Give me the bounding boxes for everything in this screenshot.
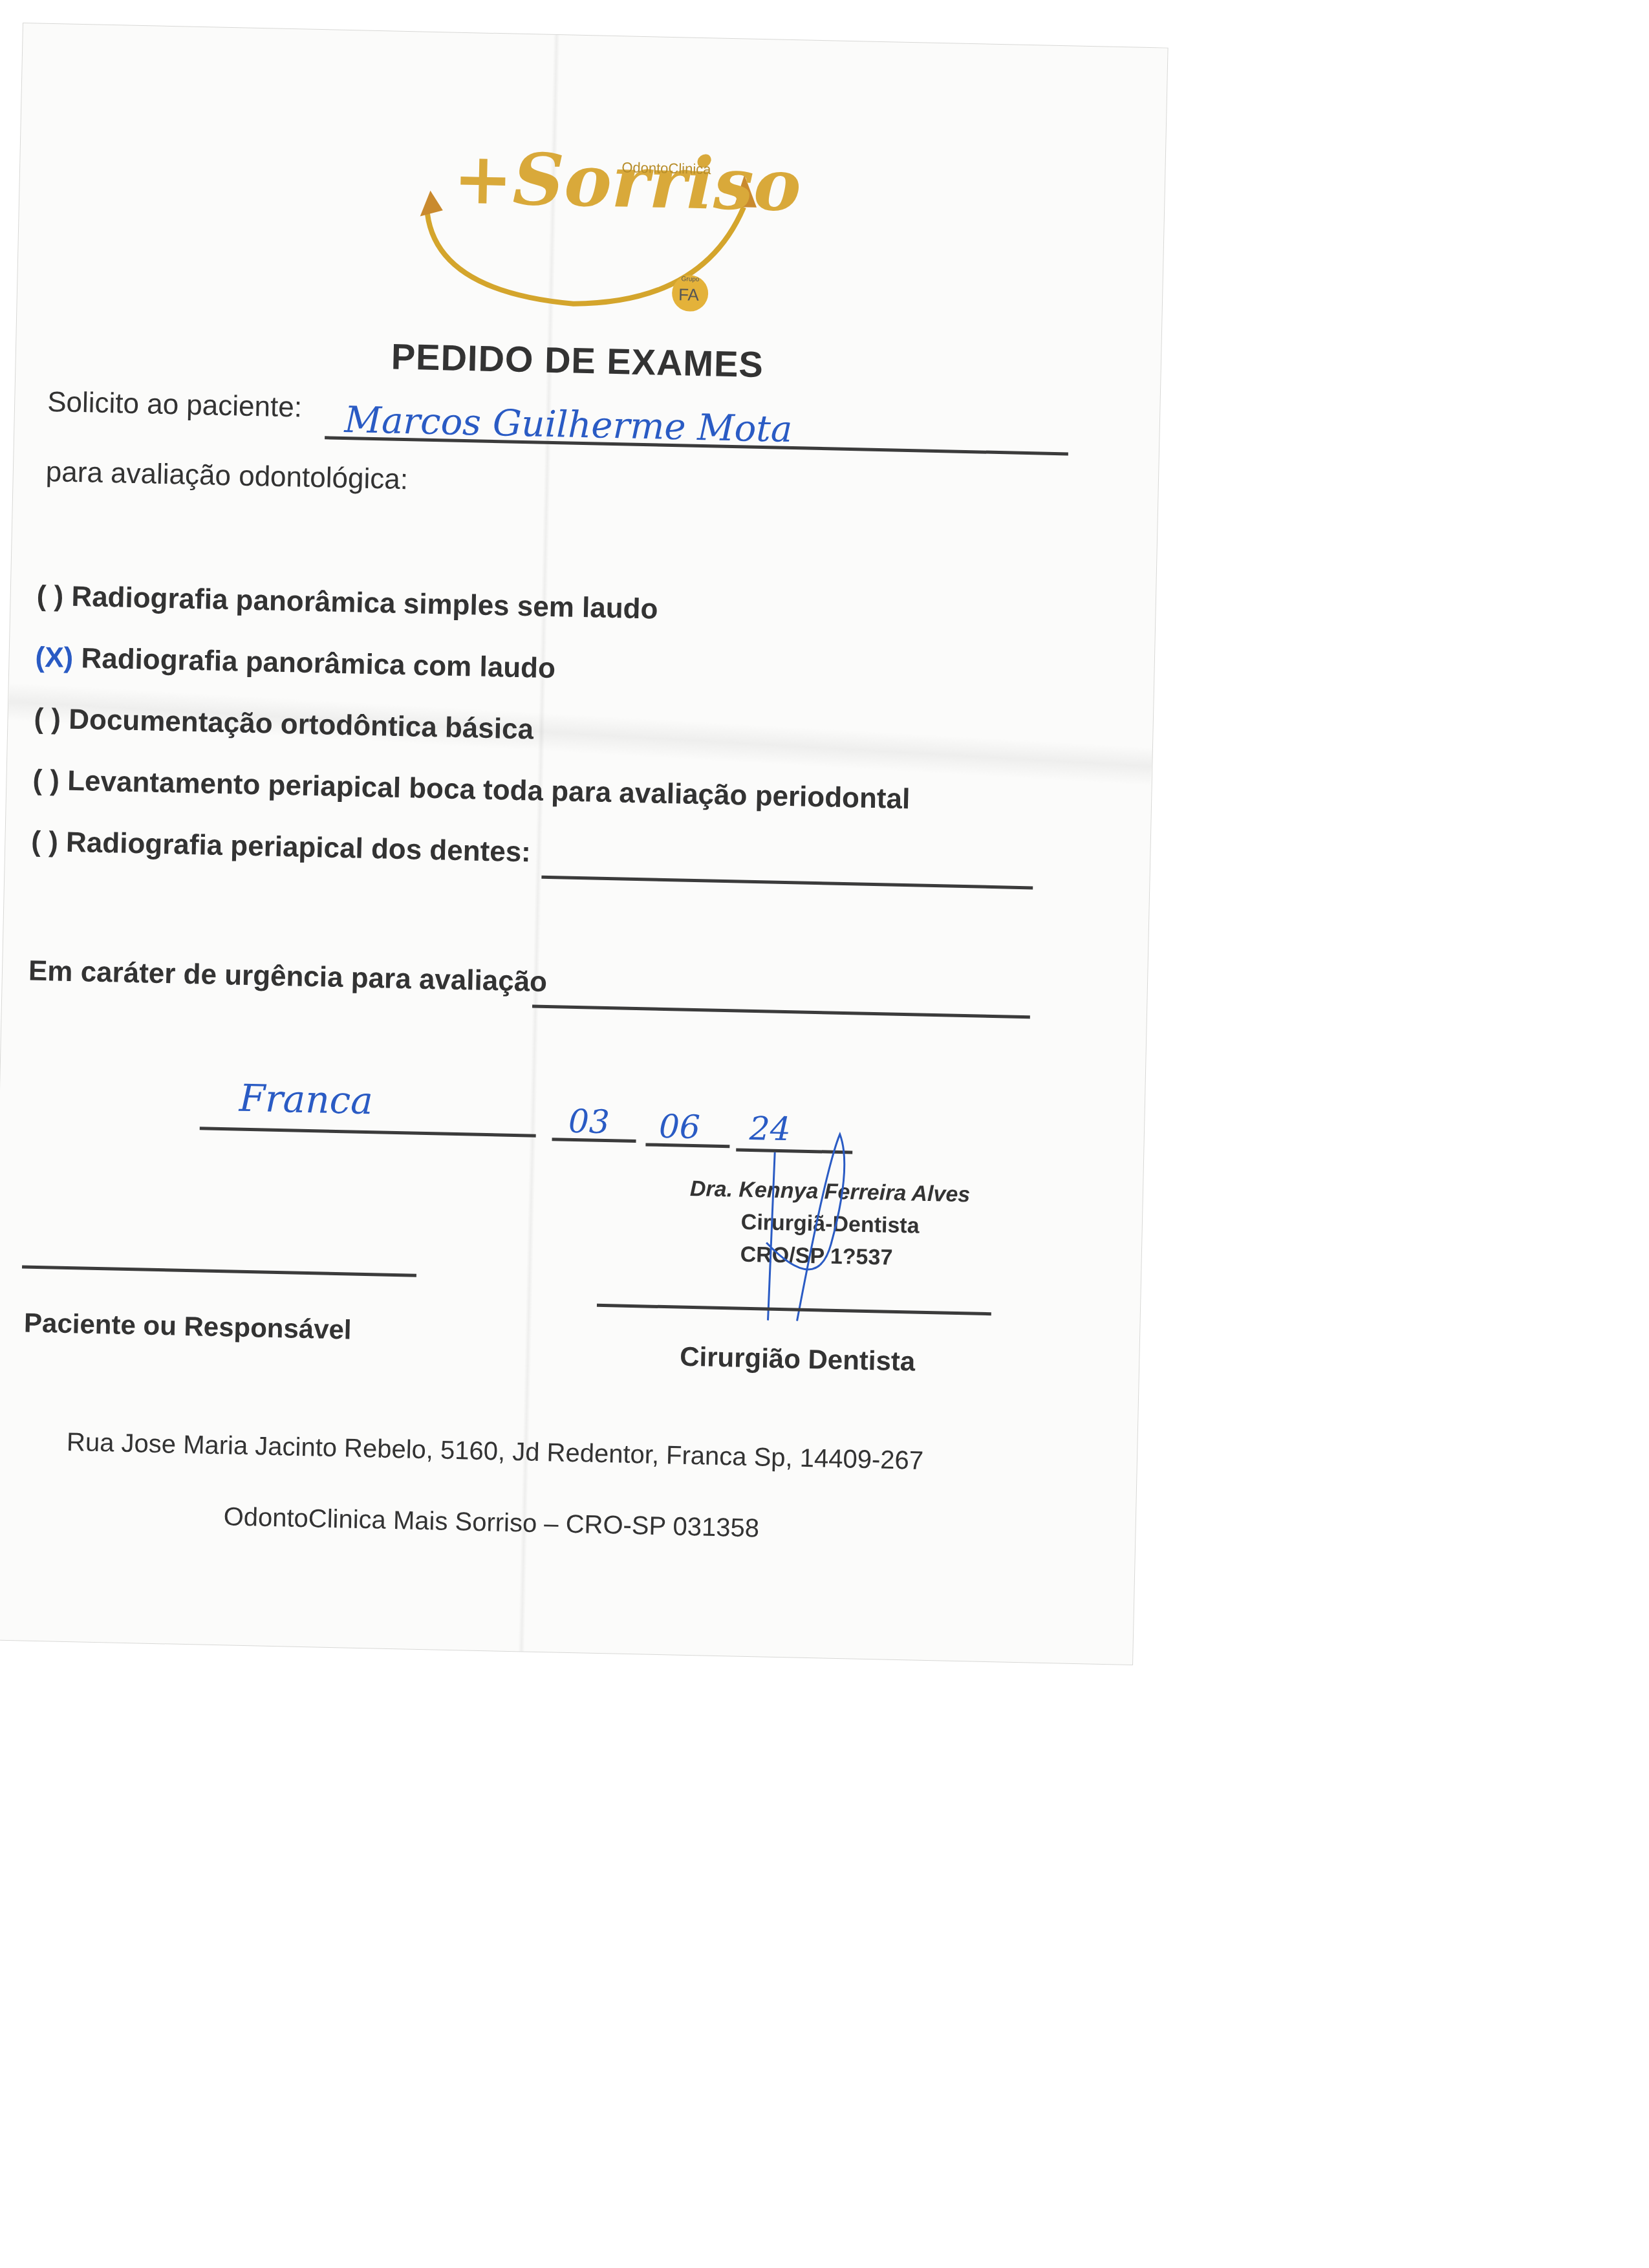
dentist-signature-icon xyxy=(758,1126,905,1336)
clinic-address: Rua Jose Maria Jacinto Rebelo, 5160, Jd … xyxy=(67,1428,924,1476)
exam-option[interactable]: ( ) Radiografia panorâmica simples sem l… xyxy=(36,580,658,626)
checkbox-empty[interactable]: ( ) xyxy=(31,826,59,858)
date-month-line xyxy=(645,1143,729,1148)
purpose-label: para avaliação odontológica: xyxy=(45,456,408,496)
date-month-field[interactable]: 06 xyxy=(658,1108,700,1146)
logo-badge-small: Grupo xyxy=(681,275,699,283)
patient-signature-line[interactable] xyxy=(22,1265,416,1277)
option-label: Radiografia periapical dos dentes: xyxy=(66,826,532,869)
clinic-registration: OdontoClinica Mais Sorriso – CRO-SP 0313… xyxy=(223,1502,759,1543)
checkbox-empty[interactable]: ( ) xyxy=(34,703,61,735)
patient-name-field[interactable]: Marcos Guilherme Mota xyxy=(344,399,793,451)
page-title: PEDIDO DE EXAMES xyxy=(391,336,764,386)
date-day-field[interactable]: 03 xyxy=(568,1103,610,1141)
patient-signature-caption: Paciente ou Responsável xyxy=(24,1308,352,1346)
option-label: Levantamento periapical boca toda para a… xyxy=(67,765,911,815)
urgency-label: Em caráter de urgência para avaliação xyxy=(28,955,547,999)
exam-option[interactable]: (X) Radiografia panorâmica com laudo xyxy=(35,642,555,686)
teeth-line[interactable] xyxy=(541,876,1033,890)
checkbox-empty[interactable]: ( ) xyxy=(32,764,60,797)
urgency-line[interactable] xyxy=(532,1005,1030,1019)
patient-label: Solicito ao paciente: xyxy=(47,386,303,424)
checkbox-checked[interactable]: (X) xyxy=(35,642,74,674)
option-label: Radiografia panorâmica com laudo xyxy=(81,642,555,684)
exam-option-list: ( ) Radiografia panorâmica simples sem l… xyxy=(23,23,1168,49)
city-field[interactable]: Franca xyxy=(239,1076,373,1123)
document-page: +Sorriso OdontoClinica Grupo FA PEDIDO D… xyxy=(0,23,1168,1665)
checkbox-empty[interactable]: ( ) xyxy=(36,580,64,612)
dentist-signature-caption: Cirurgião Dentista xyxy=(680,1341,916,1377)
date-day-line xyxy=(552,1138,636,1143)
logo-brand-main: +Sorriso xyxy=(453,136,803,228)
exam-option[interactable]: ( ) Levantamento periapical boca toda pa… xyxy=(32,764,911,816)
logo-badge-main: FA xyxy=(678,285,699,305)
clinic-logo: +Sorriso OdontoClinica Grupo FA xyxy=(405,129,771,324)
exam-option[interactable]: ( ) Radiografia periapical dos dentes: xyxy=(31,826,532,869)
option-label: Radiografia panorâmica simples sem laudo xyxy=(71,581,658,625)
logo-brand-small: OdontoClinica xyxy=(621,159,711,178)
city-line xyxy=(200,1127,536,1137)
